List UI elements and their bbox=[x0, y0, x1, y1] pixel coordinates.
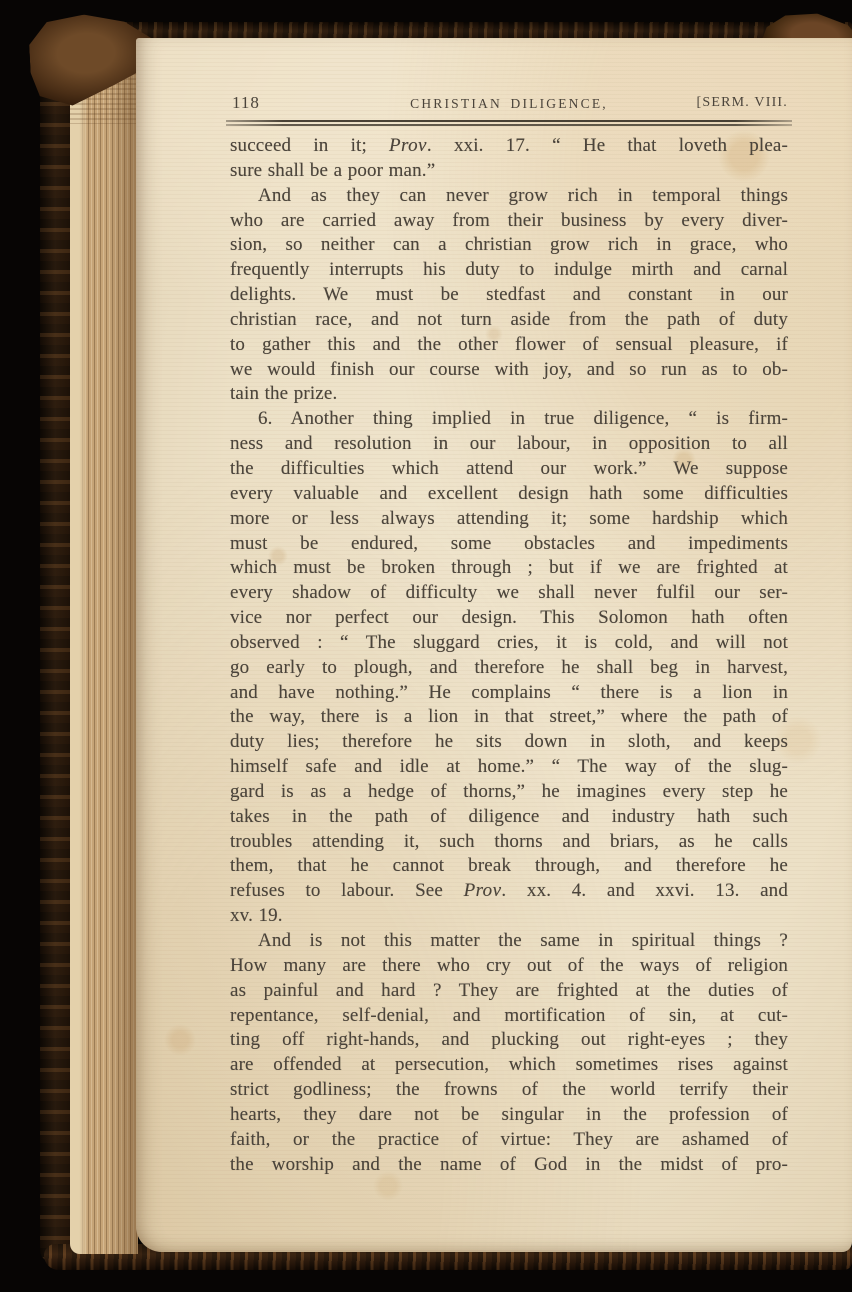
scanned-book-photo: 118 CHRISTIAN DILIGENCE, [SERM. VIII. su… bbox=[0, 0, 852, 1292]
text-line: duty lies; therefore he sits down in slo… bbox=[230, 730, 788, 755]
rule-line-top bbox=[226, 120, 792, 122]
text-line: vice nor perfect our design. This Solomo… bbox=[230, 606, 788, 631]
text-line: gard is as a hedge of thorns,” he imagin… bbox=[230, 780, 788, 805]
text-line: And as they can never grow rich in tempo… bbox=[230, 184, 788, 209]
text-line: the worship and the name of God in the m… bbox=[230, 1153, 788, 1178]
text-line: are offended at persecution, which somet… bbox=[230, 1053, 788, 1078]
book-page: 118 CHRISTIAN DILIGENCE, [SERM. VIII. su… bbox=[136, 38, 852, 1252]
text-line: xv. 19. bbox=[230, 904, 788, 929]
text-line: we would finish our course with joy, and… bbox=[230, 358, 788, 383]
section-reference: [SERM. VIII. bbox=[696, 95, 788, 111]
text-line: How many are there who cry out of the wa… bbox=[230, 954, 788, 979]
text-line: go early to plough, and therefore he sha… bbox=[230, 656, 788, 681]
text-line: sure shall be a poor man.” bbox=[230, 159, 788, 184]
text-line: succeed in it; Prov. xxi. 17. “ He that … bbox=[230, 134, 788, 159]
text-line: hearts, they dare not be singular in the… bbox=[230, 1103, 788, 1128]
text-line: must be endured, some obstacles and impe… bbox=[230, 532, 788, 557]
paragraph: And is not this matter the same in spiri… bbox=[230, 929, 788, 1177]
text-line: the way, there is a lion in that street,… bbox=[230, 705, 788, 730]
text-line: every shadow of difficulty we shall neve… bbox=[230, 581, 788, 606]
text-line: troubles attending it, such thorns and b… bbox=[230, 830, 788, 855]
text-line: faith, or the practice of virtue: They a… bbox=[230, 1128, 788, 1153]
text-line: as painful and hard ? They are frighted … bbox=[230, 979, 788, 1004]
text-line: the difficulties which attend our work.”… bbox=[230, 457, 788, 482]
text-line: observed : “ The sluggard cries, it is c… bbox=[230, 631, 788, 656]
text-line: takes in the path of diligence and indus… bbox=[230, 805, 788, 830]
text-line: which must be broken through ; but if we… bbox=[230, 556, 788, 581]
text-line: refuses to labour. See Prov. xx. 4. and … bbox=[230, 879, 788, 904]
paragraph: 6. Another thing implied in true diligen… bbox=[230, 407, 788, 929]
text-line: sion, so neither can a christian grow ri… bbox=[230, 233, 788, 258]
text-line: 6. Another thing implied in true diligen… bbox=[230, 407, 788, 432]
paragraph: succeed in it; Prov. xxi. 17. “ He that … bbox=[230, 134, 788, 184]
text-line: who are carried away from their business… bbox=[230, 209, 788, 234]
text-line: them, that he cannot break through, and … bbox=[230, 854, 788, 879]
text-line: tain the prize. bbox=[230, 382, 788, 407]
text-line: more or less always attending it; some h… bbox=[230, 507, 788, 532]
header-double-rule bbox=[226, 120, 792, 128]
text-line: delights. We must be stedfast and consta… bbox=[230, 283, 788, 308]
text-line: repentance, self-denial, and mortificati… bbox=[230, 1004, 788, 1029]
text-line: to gather this and the other flower of s… bbox=[230, 333, 788, 358]
text-line: And is not this matter the same in spiri… bbox=[230, 929, 788, 954]
book-page-fore-edges bbox=[70, 38, 138, 1254]
body-text: succeed in it; Prov. xxi. 17. “ He that … bbox=[230, 134, 788, 1177]
text-line: himself safe and idle at home.” “ The wa… bbox=[230, 755, 788, 780]
paragraph: And as they can never grow rich in tempo… bbox=[230, 184, 788, 408]
text-line: ness and resolution in our labour, in op… bbox=[230, 432, 788, 457]
text-line: frequently interrupts his duty to indulg… bbox=[230, 258, 788, 283]
text-line: every valuable and excellent design hath… bbox=[230, 482, 788, 507]
page-header: 118 CHRISTIAN DILIGENCE, [SERM. VIII. bbox=[230, 93, 788, 115]
rule-line-bottom bbox=[226, 124, 792, 125]
text-line: ting off right-hands, and plucking out r… bbox=[230, 1028, 788, 1053]
text-line: and have nothing.” He complains “ there … bbox=[230, 681, 788, 706]
text-line: christian race, and not turn aside from … bbox=[230, 308, 788, 333]
text-line: strict godliness; the frowns of the worl… bbox=[230, 1078, 788, 1103]
